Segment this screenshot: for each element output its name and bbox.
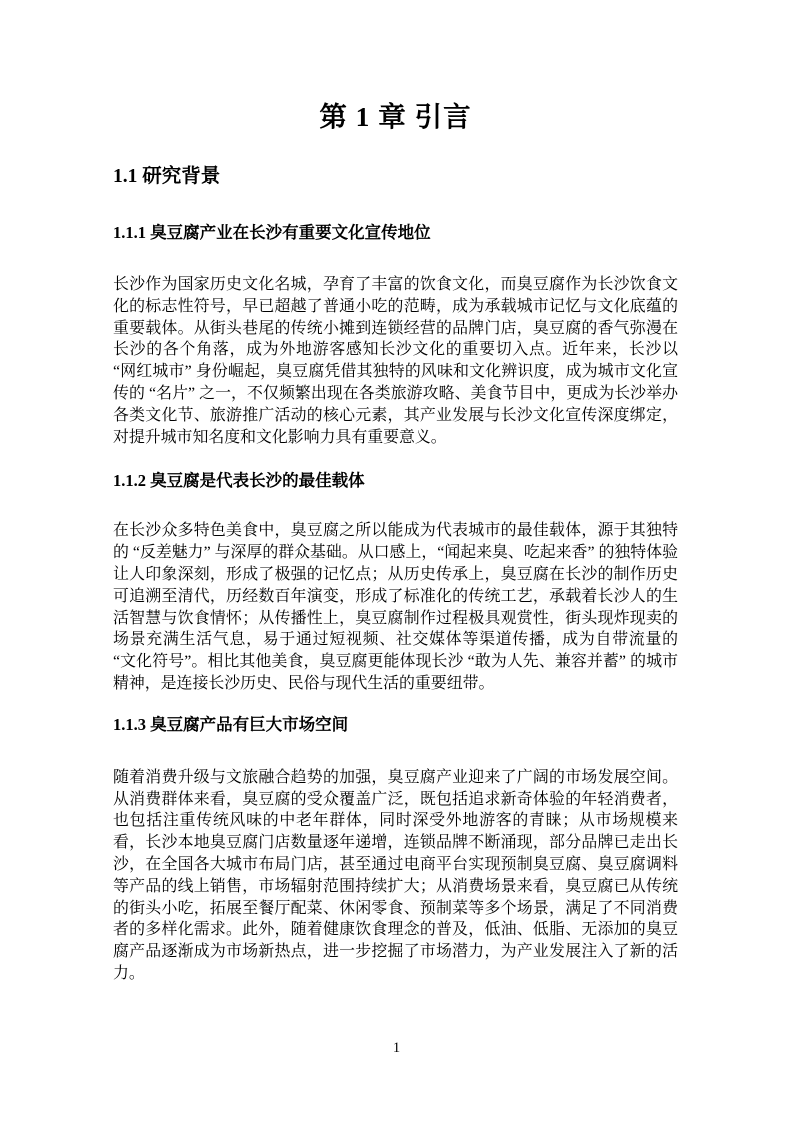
document-page: 第 1 章 引言 1.1 研究背景 1.1.1 臭豆腐产业在长沙有重要文化宣传地… [0, 0, 793, 1122]
page-number: 1 [0, 1039, 793, 1057]
paragraph-1-1-3: 随着消费升级与文旅融合趋势的加强，臭豆腐产业迎来了广阔的市场发展空间。从消费群体… [113, 767, 678, 985]
chapter-title: 第 1 章 引言 [113, 0, 678, 137]
subsection-heading-1-1-1: 1.1.1 臭豆腐产业在长沙有重要文化宣传地位 [113, 222, 678, 244]
paragraph-1-1-1: 长沙作为国家历史文化名城，孕育了丰富的饮食文化，而臭豆腐作为长沙饮食文化的标志性… [113, 274, 678, 448]
subsection-heading-1-1-2: 1.1.2 臭豆腐是代表长沙的最佳载体 [113, 470, 678, 492]
paragraph-1-1-2: 在长沙众多特色美食中，臭豆腐之所以能成为代表城市的最佳载体，源于其独特的 “反差… [113, 520, 678, 694]
section-heading-1-1: 1.1 研究背景 [113, 163, 678, 190]
page-content: 第 1 章 引言 1.1 研究背景 1.1.1 臭豆腐产业在长沙有重要文化宣传地… [0, 0, 793, 985]
subsection-heading-1-1-3: 1.1.3 臭豆腐产品有巨大市场空间 [113, 714, 678, 736]
